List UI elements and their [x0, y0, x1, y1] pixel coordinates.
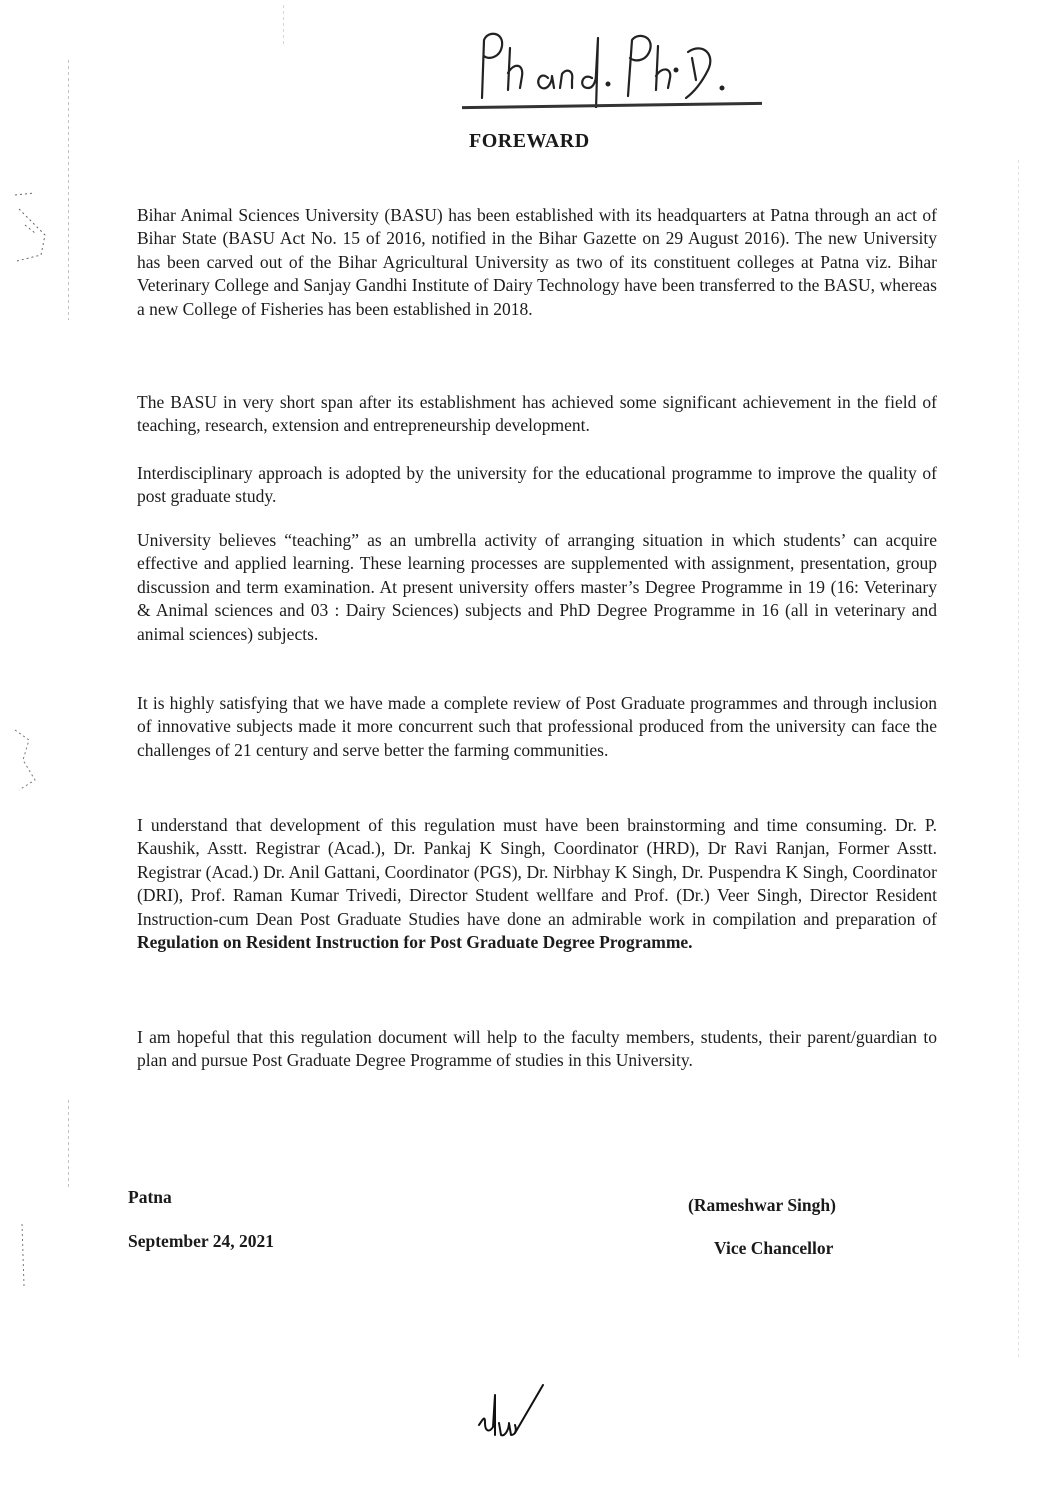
paragraph-establishment: Bihar Animal Sciences University (BASU) … — [137, 204, 937, 322]
date: September 24, 2021 — [128, 1231, 274, 1252]
paragraph-review: It is highly satisfying that we have mad… — [137, 692, 937, 763]
scan-noise-icon — [10, 1220, 35, 1290]
scan-noise-icon — [5, 175, 55, 270]
regulation-title: Regulation on Resident Instruction for P… — [137, 932, 693, 952]
signature-initials-icon — [475, 1375, 555, 1445]
document-title: FOREWARD — [469, 130, 590, 153]
paragraph-acknowledgement: I understand that development of this re… — [137, 814, 937, 955]
scan-margin-line-left — [68, 60, 69, 320]
scan-margin-line-right — [1018, 160, 1019, 1360]
scanned-document-page: FOREWARD Bihar Animal Sciences Universit… — [0, 0, 1058, 1497]
scan-margin-line-left-lower — [68, 1100, 69, 1190]
paragraph-teaching: University believes “teaching” as an umb… — [137, 529, 937, 647]
paragraph-closing: I am hopeful that this regulation docume… — [137, 1026, 937, 1073]
paragraph-achievements: The BASU in very short span after its es… — [137, 391, 937, 438]
acknowledgement-text: I understand that development of this re… — [137, 815, 937, 929]
scan-margin-line-top — [283, 5, 284, 45]
signatory-name: (Rameshwar Singh) — [688, 1195, 836, 1216]
signatory-title: Vice Chancellor — [714, 1238, 833, 1259]
scan-noise-icon — [5, 720, 45, 800]
place: Patna — [128, 1187, 172, 1208]
paragraph-interdisciplinary: Interdisciplinary approach is adopted by… — [137, 462, 937, 509]
handwritten-annotation — [470, 18, 770, 108]
